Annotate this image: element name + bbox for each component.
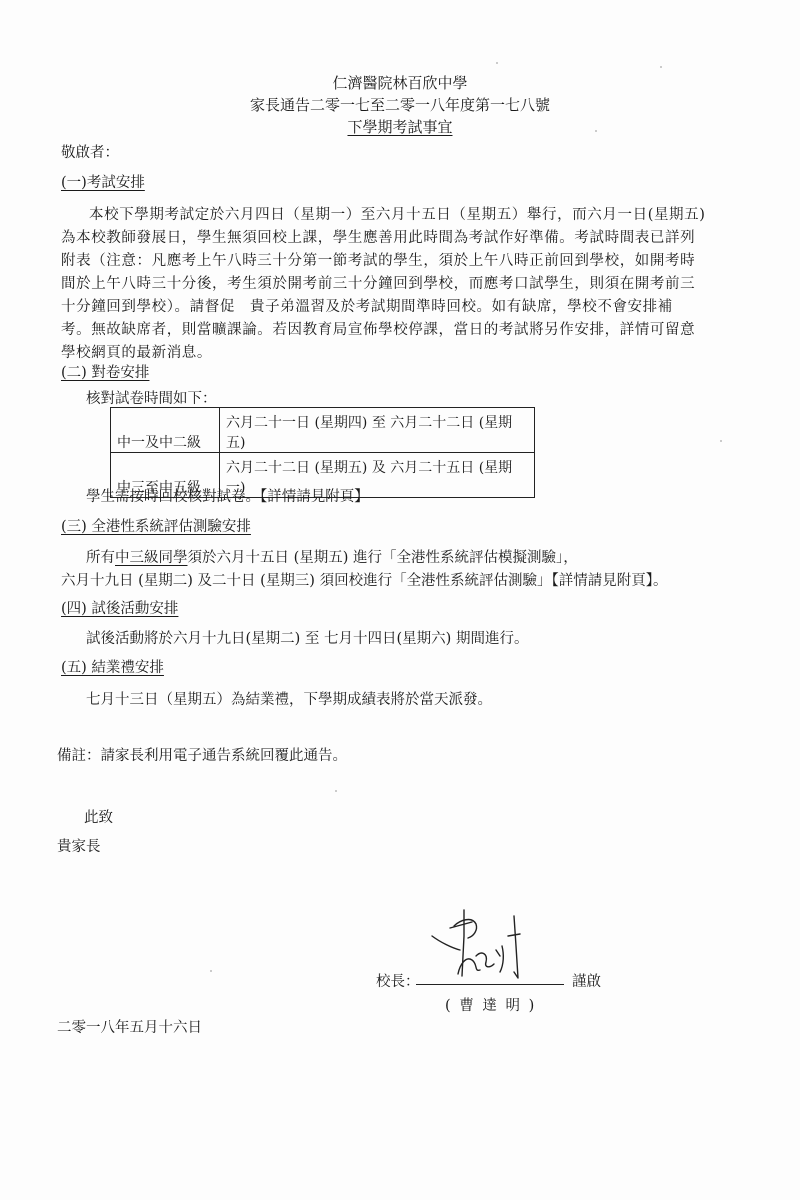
signature-line xyxy=(416,984,564,985)
table-cell-grade: 中一及中二級 xyxy=(111,408,220,453)
section-1-line-3: 附表（注意：凡應考上午八時三十分第一節考試的學生，須於上午八時正前回到學校，如開… xyxy=(61,249,695,270)
scan-speck xyxy=(595,130,597,132)
section-2-title: (二) 對卷安排 xyxy=(61,361,149,382)
section-2-note: 學生需按時回校核對試卷。【詳情請見附頁】 xyxy=(86,485,369,506)
scan-speck xyxy=(210,970,212,972)
section-3-line-1-suffix: 須於六月十五日 (星期五) 進行「全港性系統評估模擬測驗」， xyxy=(188,550,578,566)
section-5-title: (五) 結業禮安排 xyxy=(61,656,164,677)
section-1-line-7: 學校網頁的最新消息。 xyxy=(61,341,212,362)
section-4-line: 試後活動將於六月十九日(星期二) 至 七月十四日(星期六) 期間進行。 xyxy=(86,627,528,648)
section-3-title: (三) 全港性系統評估測驗安排 xyxy=(61,515,251,536)
school-name: 仁濟醫院林百欣中學 xyxy=(0,72,800,93)
section-3-line-2: 六月十九日 (星期二) 及二十日 (星期三) 須回校進行「全港性系統評估測驗」【… xyxy=(61,569,668,590)
table-row: 中一及中二級 六月二十一日 (星期四) 至 六月二十二日 (星期五) xyxy=(111,408,535,453)
remark: 備註：請家長利用電子通告系統回覆此通告。 xyxy=(57,744,347,765)
section-1-line-1: 本校下學期考試定於六月四日（星期一）至六月十五日（星期五）舉行，而六月一日(星期… xyxy=(89,203,706,224)
closing-line-1: 此致 xyxy=(84,806,113,827)
notice-subject: 下學期考試事宜 xyxy=(0,116,800,137)
notice-page: 仁濟醫院林百欣中學 家長通告二零一七至二零一八年度第一七八號 下學期考試事宜 敬… xyxy=(0,0,800,1200)
section-1-title: (一)考試安排 xyxy=(61,171,145,192)
section-1-line-4: 間於上午八時三十分後，考生須於開考前三十分鐘回到學校，而應考口試學生，則須在開考… xyxy=(61,272,695,293)
section-1-line-6: 考。無故缺席者，則當曠課論。若因教育局宣佈學校停課，當日的考試將另作安排，詳情可… xyxy=(61,318,695,339)
principal-signature-icon xyxy=(430,906,550,986)
notice-date: 二零一八年五月十六日 xyxy=(57,1016,202,1037)
signature-label: 校長： xyxy=(376,970,420,991)
scan-speck xyxy=(660,66,662,68)
section-4-title: (四) 試後活動安排 xyxy=(61,597,178,618)
notice-number: 家長通告二零一七至二零一八年度第一七八號 xyxy=(0,94,800,115)
signature-suffix: 謹啟 xyxy=(572,970,601,991)
section-1-line-5: 十分鐘回到學校）。請督促 貴子弟溫習及於考試期間準時回校。如有缺席，學校不會安排… xyxy=(61,295,673,316)
notice-subject-text: 下學期考試事宜 xyxy=(347,118,452,136)
principal-name: ( 曹 達 明 ) xyxy=(445,994,536,1015)
scan-speck xyxy=(496,62,498,64)
salutation: 敬啟者： xyxy=(61,141,119,162)
scan-speck xyxy=(720,440,722,442)
section-2-intro: 核對試卷時間如下： xyxy=(86,387,217,408)
section-3-line-1-emphasis: 中三級同學 xyxy=(115,550,188,566)
section-3-line-1-prefix: 所有 xyxy=(86,550,115,566)
section-3-line-1: 所有中三級同學須於六月十五日 (星期五) 進行「全港性系統評估模擬測驗」， xyxy=(86,546,578,567)
table-cell-dates: 六月二十一日 (星期四) 至 六月二十二日 (星期五) xyxy=(220,408,535,453)
closing-line-2: 貴家長 xyxy=(57,835,101,856)
scan-speck xyxy=(335,790,337,792)
section-1-line-2: 為本校教師發展日，學生無須回校上課，學生應善用此時間為考試作好準備。考試時間表已… xyxy=(61,226,695,247)
section-5-line: 七月十三日（星期五）為結業禮，下學期成績表將於當天派發。 xyxy=(86,688,492,709)
